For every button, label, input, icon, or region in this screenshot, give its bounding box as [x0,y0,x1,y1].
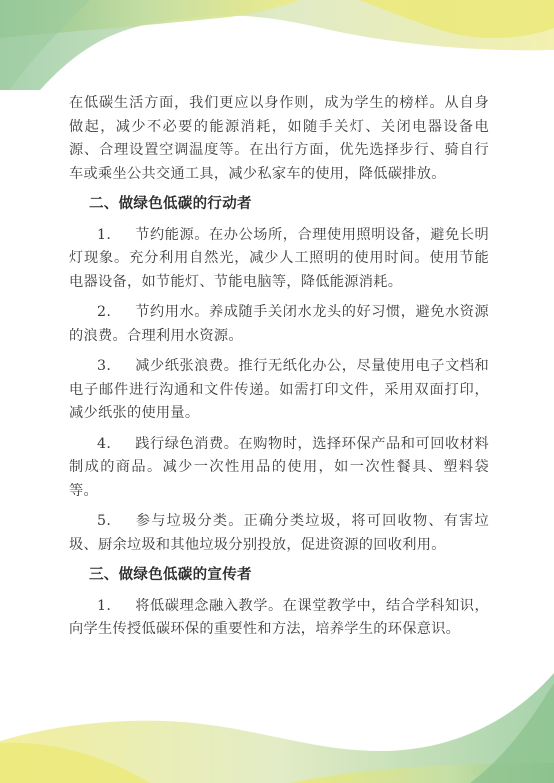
document-body: 在低碳生活方面，我们更应以身作则，成为学生的榜样。从自身做起，减少不必要的能源消… [69,92,489,642]
top-wave-decoration [0,0,554,90]
list-item: 1.将低碳理念融入教学。在课堂教学中，结合学科知识，向学生传授低碳环保的重要性和… [69,595,489,642]
item-number: 1. [97,595,135,619]
bottom-wave-decoration [0,673,554,783]
list-item: 1.节约能源。在办公场所，合理使用照明设备，避免长明灯现象。充分利用自然光，减少… [69,224,489,295]
section-heading-promoter: 三、做绿色低碳的宣传者 [69,564,489,588]
section-heading-actor: 二、做绿色低碳的行动者 [69,193,489,217]
item-number: 3. [97,355,135,379]
list-item: 3.减少纸张浪费。推行无纸化办公，尽量使用电子文档和电子邮件进行沟通和文件传递。… [69,355,489,426]
item-number: 2. [97,301,135,325]
intro-paragraph: 在低碳生活方面，我们更应以身作则，成为学生的榜样。从自身做起，减少不必要的能源消… [69,92,489,186]
list-item: 4.践行绿色消费。在购物时，选择环保产品和可回收材料制成的商品。减少一次性用品的… [69,433,489,504]
item-number: 4. [97,433,135,457]
list-item: 5.参与垃圾分类。正确分类垃圾，将可回收物、有害垃圾、厨余垃圾和其他垃圾分别投放… [69,510,489,557]
item-number: 5. [97,510,135,534]
item-number: 1. [97,224,135,248]
list-item: 2.节约用水。养成随手关闭水龙头的好习惯，避免水资源的浪费。合理利用水资源。 [69,301,489,348]
